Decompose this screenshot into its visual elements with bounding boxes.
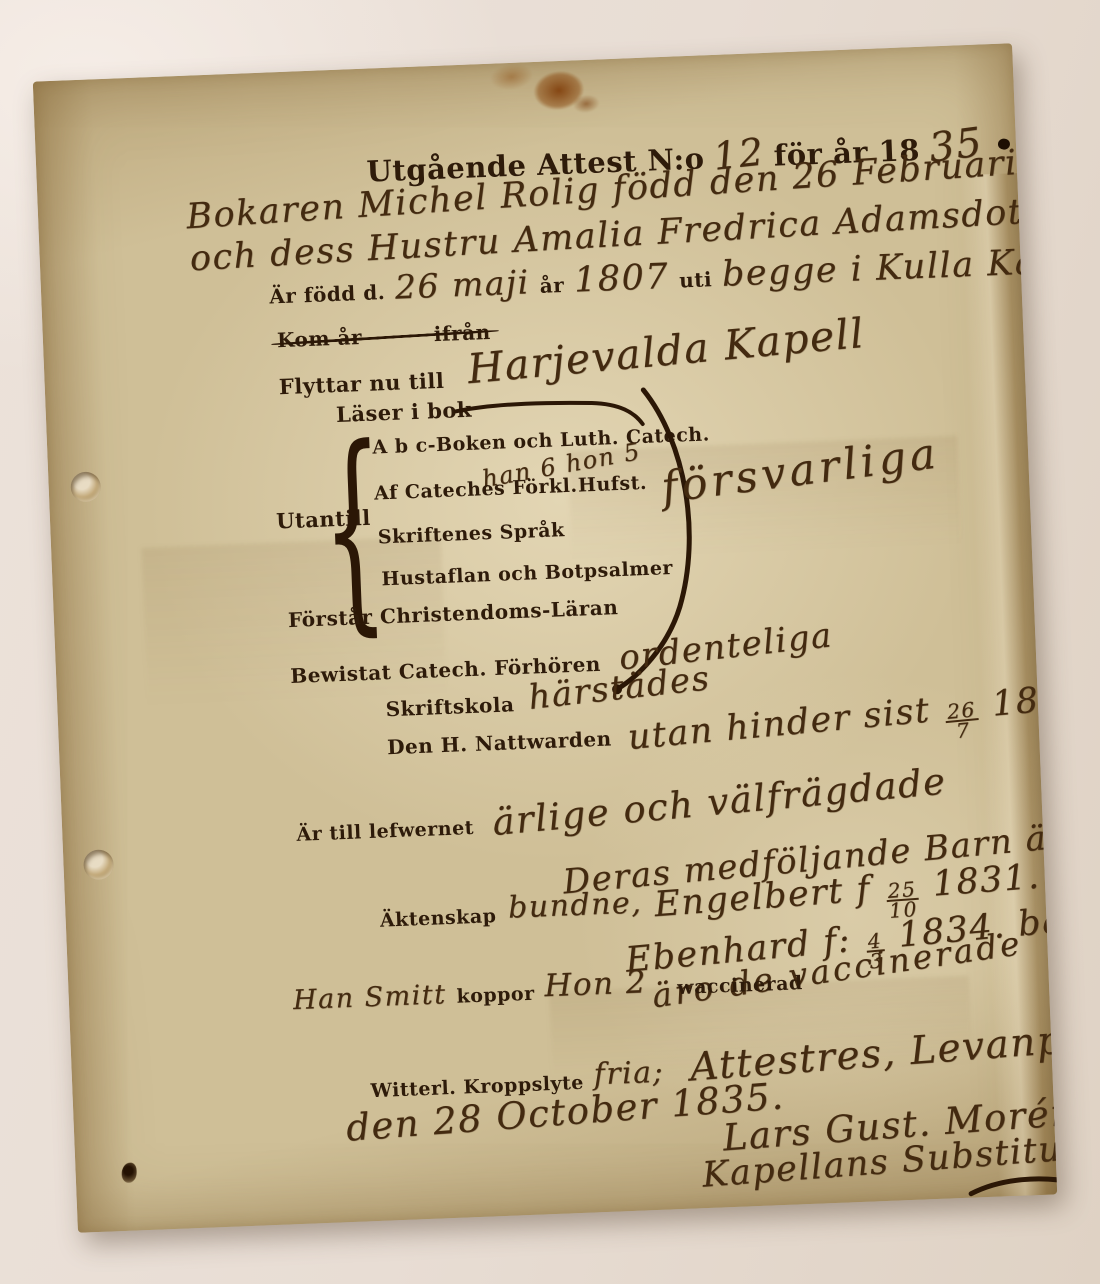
punch-hole-bottom — [83, 849, 114, 880]
born-label-year: år — [539, 275, 564, 297]
marriage-status-handwritten: bundne, — [508, 888, 643, 923]
document-paper: Utgående Attest N:o 12 för år 18 35 Boka… — [33, 43, 1057, 1233]
born-label-uti: uti — [679, 269, 713, 291]
marriage-label: Äktenskap — [380, 907, 497, 931]
came-struck-line: Kom år ifrån — [277, 322, 491, 351]
conduct-note-handwritten: ärlige och välfrägdade — [490, 763, 947, 842]
smallpox-koppor-label: koppor — [456, 985, 535, 1008]
utantill-row-3: Skriftenes Språk — [378, 521, 565, 548]
rust-stain — [466, 43, 616, 135]
moves-destination-handwritten: Harjevalda Kapell — [466, 313, 867, 390]
utantill-row-2: Af Cateches Förkl. — [374, 477, 578, 505]
moves-label: Flyttar nu till — [279, 370, 445, 399]
born-label-prefix: Är född d. — [269, 282, 386, 308]
nattvard-label: Den H. Nattwarden — [387, 728, 612, 758]
born-year-handwritten: 1807 — [573, 260, 669, 299]
smallpox-waccinerad-label: waccinerad — [677, 974, 803, 999]
smallpox-hon-handwritten: Hon 2 — [544, 967, 648, 1002]
ink-blot — [121, 1162, 137, 1183]
scanned-document-scene: Utgående Attest N:o 12 för år 18 35 Boka… — [0, 0, 1100, 1284]
born-date-handwritten: 26 maji — [394, 265, 530, 303]
nattvard-date-fraction: 267 — [944, 700, 980, 741]
skriftskola-label: Skriftskola — [385, 694, 515, 720]
smallpox-han-handwritten: Han Smitt — [293, 981, 448, 1014]
punch-hole-top — [70, 471, 101, 502]
signature-flourish — [966, 1169, 1057, 1204]
conduct-label: Är till lefwernet — [296, 819, 474, 846]
